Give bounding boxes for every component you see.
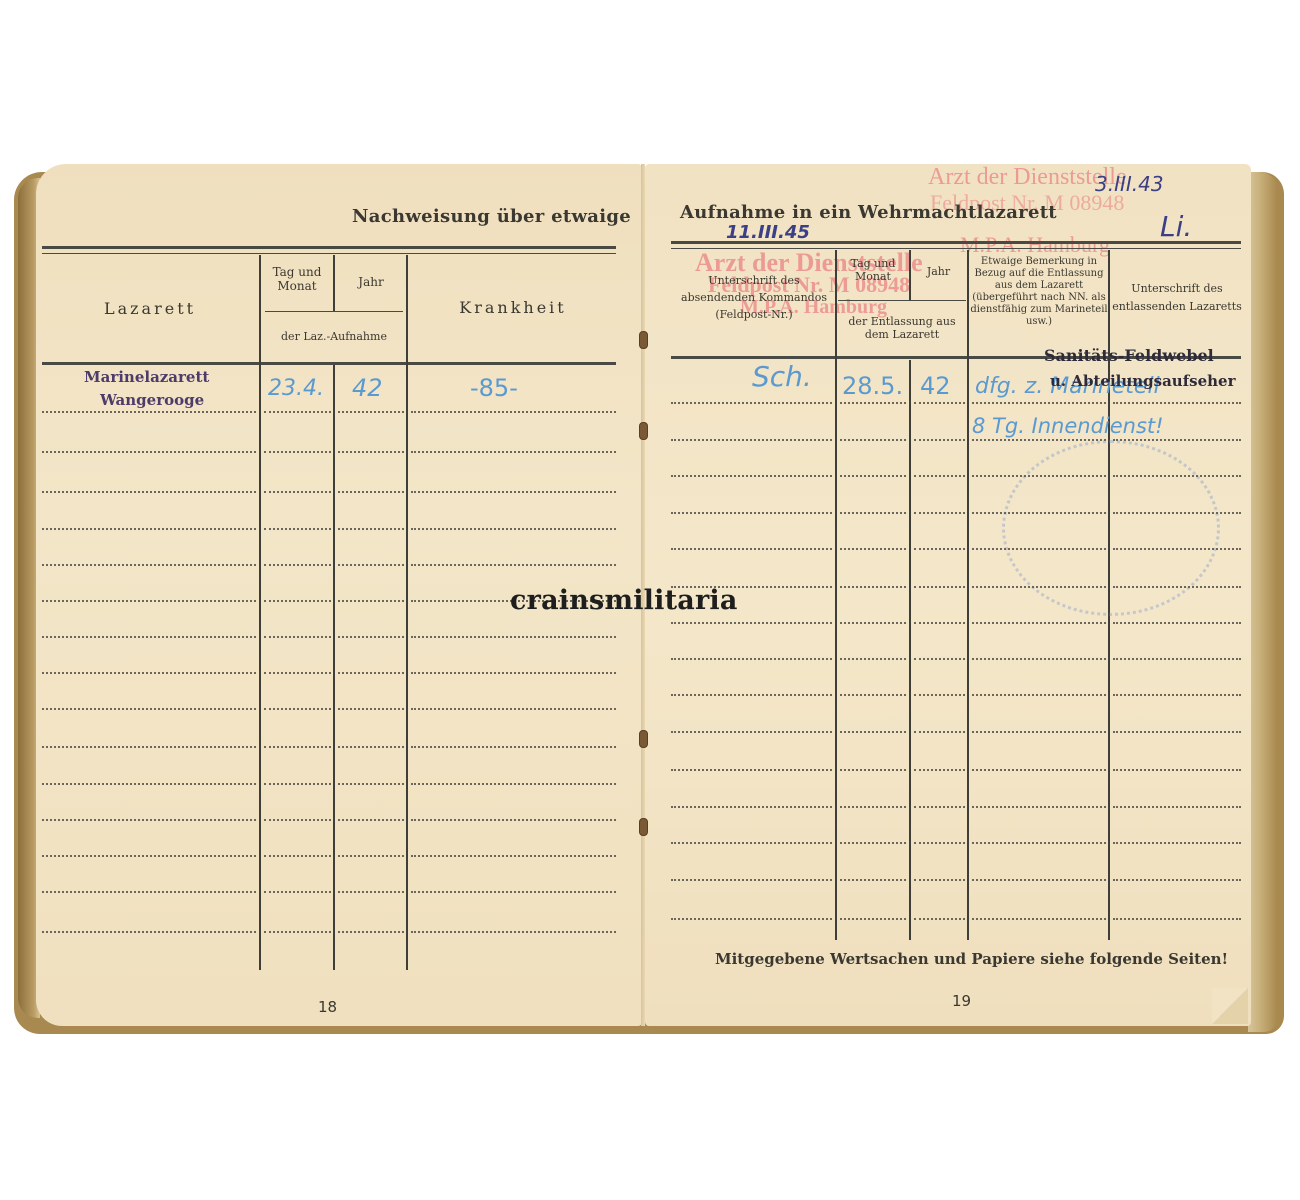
dotted-rule <box>914 769 965 771</box>
dotted-rule <box>840 402 906 404</box>
dotted-rule <box>972 694 1106 696</box>
dotted-rule <box>914 512 965 514</box>
dotted-rule <box>338 891 404 893</box>
dotted-rule <box>411 783 616 785</box>
lazarett-stamp-line2: Wangerooge <box>100 391 204 409</box>
left-page-heading: Nachweisung über etwaige <box>352 206 631 227</box>
dotted-rule <box>411 491 616 493</box>
dotted-rule <box>840 806 906 808</box>
dotted-rule <box>42 855 256 857</box>
dotted-rule <box>42 636 256 638</box>
dotted-rule <box>671 918 832 920</box>
entry-jahr: 42 <box>352 374 383 402</box>
entry-tag-monat: 28.5. <box>842 372 903 400</box>
dotted-rule <box>972 622 1106 624</box>
dotted-rule <box>338 931 404 933</box>
dotted-rule <box>1113 694 1241 696</box>
dotted-rule <box>264 600 331 602</box>
dotted-rule <box>264 528 331 530</box>
dotted-rule <box>338 600 404 602</box>
dotted-rule <box>264 636 331 638</box>
round-stamp-faded <box>1002 440 1220 616</box>
dotted-rule <box>264 672 331 674</box>
dotted-rule <box>1113 475 1241 477</box>
column-subheader-aufnahme: der Laz.-Aufnahme <box>262 331 406 344</box>
dotted-rule <box>1113 548 1241 550</box>
subheader-divider <box>838 300 966 301</box>
dotted-rule <box>972 512 1106 514</box>
dotted-rule <box>42 528 256 530</box>
dotted-rule <box>42 411 256 413</box>
dotted-rule <box>840 475 906 477</box>
subheader-divider <box>265 311 403 312</box>
dotted-rule <box>671 879 832 881</box>
dotted-rule <box>840 842 906 844</box>
page-number-left: 18 <box>318 998 337 1016</box>
dotted-rule <box>914 731 965 733</box>
dotted-rule <box>264 746 331 748</box>
column-subheader-entlassung: der Entlassung aus dem Lazarett <box>838 316 966 341</box>
dotted-rule <box>411 411 616 413</box>
dotted-rule <box>972 548 1106 550</box>
handwritten-date-top: 3.III.43 <box>1095 172 1164 196</box>
dotted-rule <box>914 622 965 624</box>
column-header-unterschrift-absendend: Unterschrift des absendenden Kommandos (… <box>676 272 832 323</box>
dotted-rule <box>1113 769 1241 771</box>
dotted-rule <box>411 819 616 821</box>
dotted-rule <box>411 672 616 674</box>
staple-icon <box>639 730 648 748</box>
dotted-rule <box>972 586 1106 588</box>
watermark: crainsmilitaria <box>510 585 738 616</box>
dotted-rule <box>42 451 256 453</box>
soldbuch-booklet: Nachweisung über etwaige Lazarett Tag un… <box>0 0 1300 1200</box>
dog-ear-corner <box>1212 988 1248 1024</box>
dotted-rule <box>42 708 256 710</box>
dotted-rule <box>840 658 906 660</box>
dotted-rule <box>338 783 404 785</box>
left-header-top-rule <box>42 246 616 254</box>
dotted-rule <box>840 769 906 771</box>
dotted-rule <box>914 879 965 881</box>
dotted-rule <box>972 918 1106 920</box>
entry-krankheit: -85- <box>470 374 518 402</box>
staple-icon <box>639 818 648 836</box>
dotted-rule <box>1113 731 1241 733</box>
dotted-rule <box>972 658 1106 660</box>
dotted-rule <box>914 439 965 441</box>
dotted-rule <box>42 891 256 893</box>
dotted-rule <box>1113 439 1241 441</box>
column-header-krankheit: Krankheit <box>410 299 616 317</box>
page-stack-edge <box>1248 172 1278 1032</box>
column-header-bemerkung: Etwaige Bemerkung in Bezug auf die Entla… <box>970 256 1108 328</box>
dotted-rule <box>264 708 331 710</box>
dotted-rule <box>972 439 1106 441</box>
dotted-rule <box>972 731 1106 733</box>
dotted-rule <box>1113 842 1241 844</box>
dotted-rule <box>671 622 832 624</box>
dotted-rule <box>840 548 906 550</box>
column-header-jahr: Jahr <box>911 266 966 279</box>
dotted-rule <box>914 658 965 660</box>
dotted-rule <box>264 855 331 857</box>
dotted-rule <box>264 931 331 933</box>
dotted-rule <box>338 411 404 413</box>
staple-icon <box>639 422 648 440</box>
dotted-rule <box>671 806 832 808</box>
dotted-rule <box>840 622 906 624</box>
handwritten-initial: Li. <box>1160 210 1192 243</box>
dotted-rule <box>411 528 616 530</box>
dotted-rule <box>914 475 965 477</box>
entlassend-stamp-line1: Sanitäts-Feldwebel <box>1044 346 1214 365</box>
column-header-jahr: Jahr <box>336 276 406 290</box>
column-divider <box>333 365 335 970</box>
left-header-bottom-rule <box>42 362 616 365</box>
handwritten-date-heading: 11.III.45 <box>726 222 810 243</box>
dotted-rule <box>914 694 965 696</box>
dotted-rule <box>338 636 404 638</box>
dotted-rule <box>1113 586 1241 588</box>
dotted-rule <box>411 708 616 710</box>
dotted-rule <box>671 731 832 733</box>
dotted-rule <box>1113 622 1241 624</box>
dotted-rule <box>42 491 256 493</box>
dotted-rule <box>671 475 832 477</box>
column-divider <box>835 250 837 940</box>
dotted-rule <box>42 783 256 785</box>
dotted-rule <box>914 842 965 844</box>
dotted-rule <box>264 891 331 893</box>
column-divider <box>333 255 335 312</box>
dotted-rule <box>972 769 1106 771</box>
dotted-rule <box>840 439 906 441</box>
dotted-rule <box>671 694 832 696</box>
column-divider <box>909 360 911 940</box>
dotted-rule <box>972 879 1106 881</box>
dotted-rule <box>671 548 832 550</box>
entry-jahr: 42 <box>920 372 951 400</box>
dotted-rule <box>1113 918 1241 920</box>
entry-unterschrift: Sch. <box>752 360 812 393</box>
dotted-rule <box>914 586 965 588</box>
footer-note: Mitgegebene Wertsachen und Papiere siehe… <box>715 950 1228 968</box>
dotted-rule <box>411 931 616 933</box>
dotted-rule <box>972 402 1106 404</box>
dotted-rule <box>1113 806 1241 808</box>
dotted-rule <box>264 564 331 566</box>
dotted-rule <box>840 694 906 696</box>
dotted-rule <box>840 879 906 881</box>
column-header-tag-monat: Tag und Monat <box>262 266 332 294</box>
dotted-rule <box>338 491 404 493</box>
column-divider <box>406 255 408 970</box>
dotted-rule <box>671 769 832 771</box>
dotted-rule <box>411 855 616 857</box>
dotted-rule <box>1113 879 1241 881</box>
dotted-rule <box>338 819 404 821</box>
dotted-rule <box>338 746 404 748</box>
dotted-rule <box>264 451 331 453</box>
dotted-rule <box>338 528 404 530</box>
dotted-rule <box>840 586 906 588</box>
dotted-rule <box>972 842 1106 844</box>
column-divider <box>259 255 261 970</box>
dotted-rule <box>411 746 616 748</box>
dotted-rule <box>1113 512 1241 514</box>
staple-icon <box>639 331 648 349</box>
dotted-rule <box>42 564 256 566</box>
dotted-rule <box>264 819 331 821</box>
dotted-rule <box>42 672 256 674</box>
dotted-rule <box>264 411 331 413</box>
entry-tag-monat: 23.4. <box>268 376 324 401</box>
dotted-rule <box>411 636 616 638</box>
dotted-rule <box>914 918 965 920</box>
dotted-rule <box>411 891 616 893</box>
dotted-rule <box>914 402 965 404</box>
column-header-lazarett: Lazarett <box>60 300 240 318</box>
dotted-rule <box>671 658 832 660</box>
dotted-rule <box>42 600 256 602</box>
dotted-rule <box>671 842 832 844</box>
dotted-rule <box>972 806 1106 808</box>
dotted-rule <box>840 918 906 920</box>
dotted-rule <box>411 564 616 566</box>
entry-bemerkung-line2: 8 Tg. Innendienst! <box>972 414 1164 438</box>
dotted-rule <box>972 475 1106 477</box>
page-number-right: 19 <box>952 992 971 1010</box>
dotted-rule <box>338 564 404 566</box>
column-divider <box>967 250 969 940</box>
entlassend-stamp-line2: u. Abteilungsaufseher <box>1050 372 1236 390</box>
dotted-rule <box>840 731 906 733</box>
dotted-rule <box>914 806 965 808</box>
dotted-rule <box>411 451 616 453</box>
dotted-rule <box>914 548 965 550</box>
dotted-rule <box>1113 658 1241 660</box>
column-header-unterschrift-entlassend: Unterschrift des entlassenden Lazaretts <box>1112 280 1242 315</box>
right-page-heading: Aufnahme in ein Wehrmachtlazarett <box>680 202 1057 223</box>
dotted-rule <box>1113 402 1241 404</box>
dotted-rule <box>671 402 832 404</box>
dotted-rule <box>338 672 404 674</box>
dotted-rule <box>42 931 256 933</box>
dotted-rule <box>338 451 404 453</box>
dotted-rule <box>42 746 256 748</box>
dotted-rule <box>671 439 832 441</box>
dotted-rule <box>671 512 832 514</box>
dotted-rule <box>42 819 256 821</box>
lazarett-stamp-line1: Marinelazarett <box>84 368 209 386</box>
dotted-rule <box>264 491 331 493</box>
dotted-rule <box>338 708 404 710</box>
dotted-rule <box>840 512 906 514</box>
dotted-rule <box>264 783 331 785</box>
dotted-rule <box>338 855 404 857</box>
column-header-tag-monat: Tag und Monat <box>838 258 908 283</box>
